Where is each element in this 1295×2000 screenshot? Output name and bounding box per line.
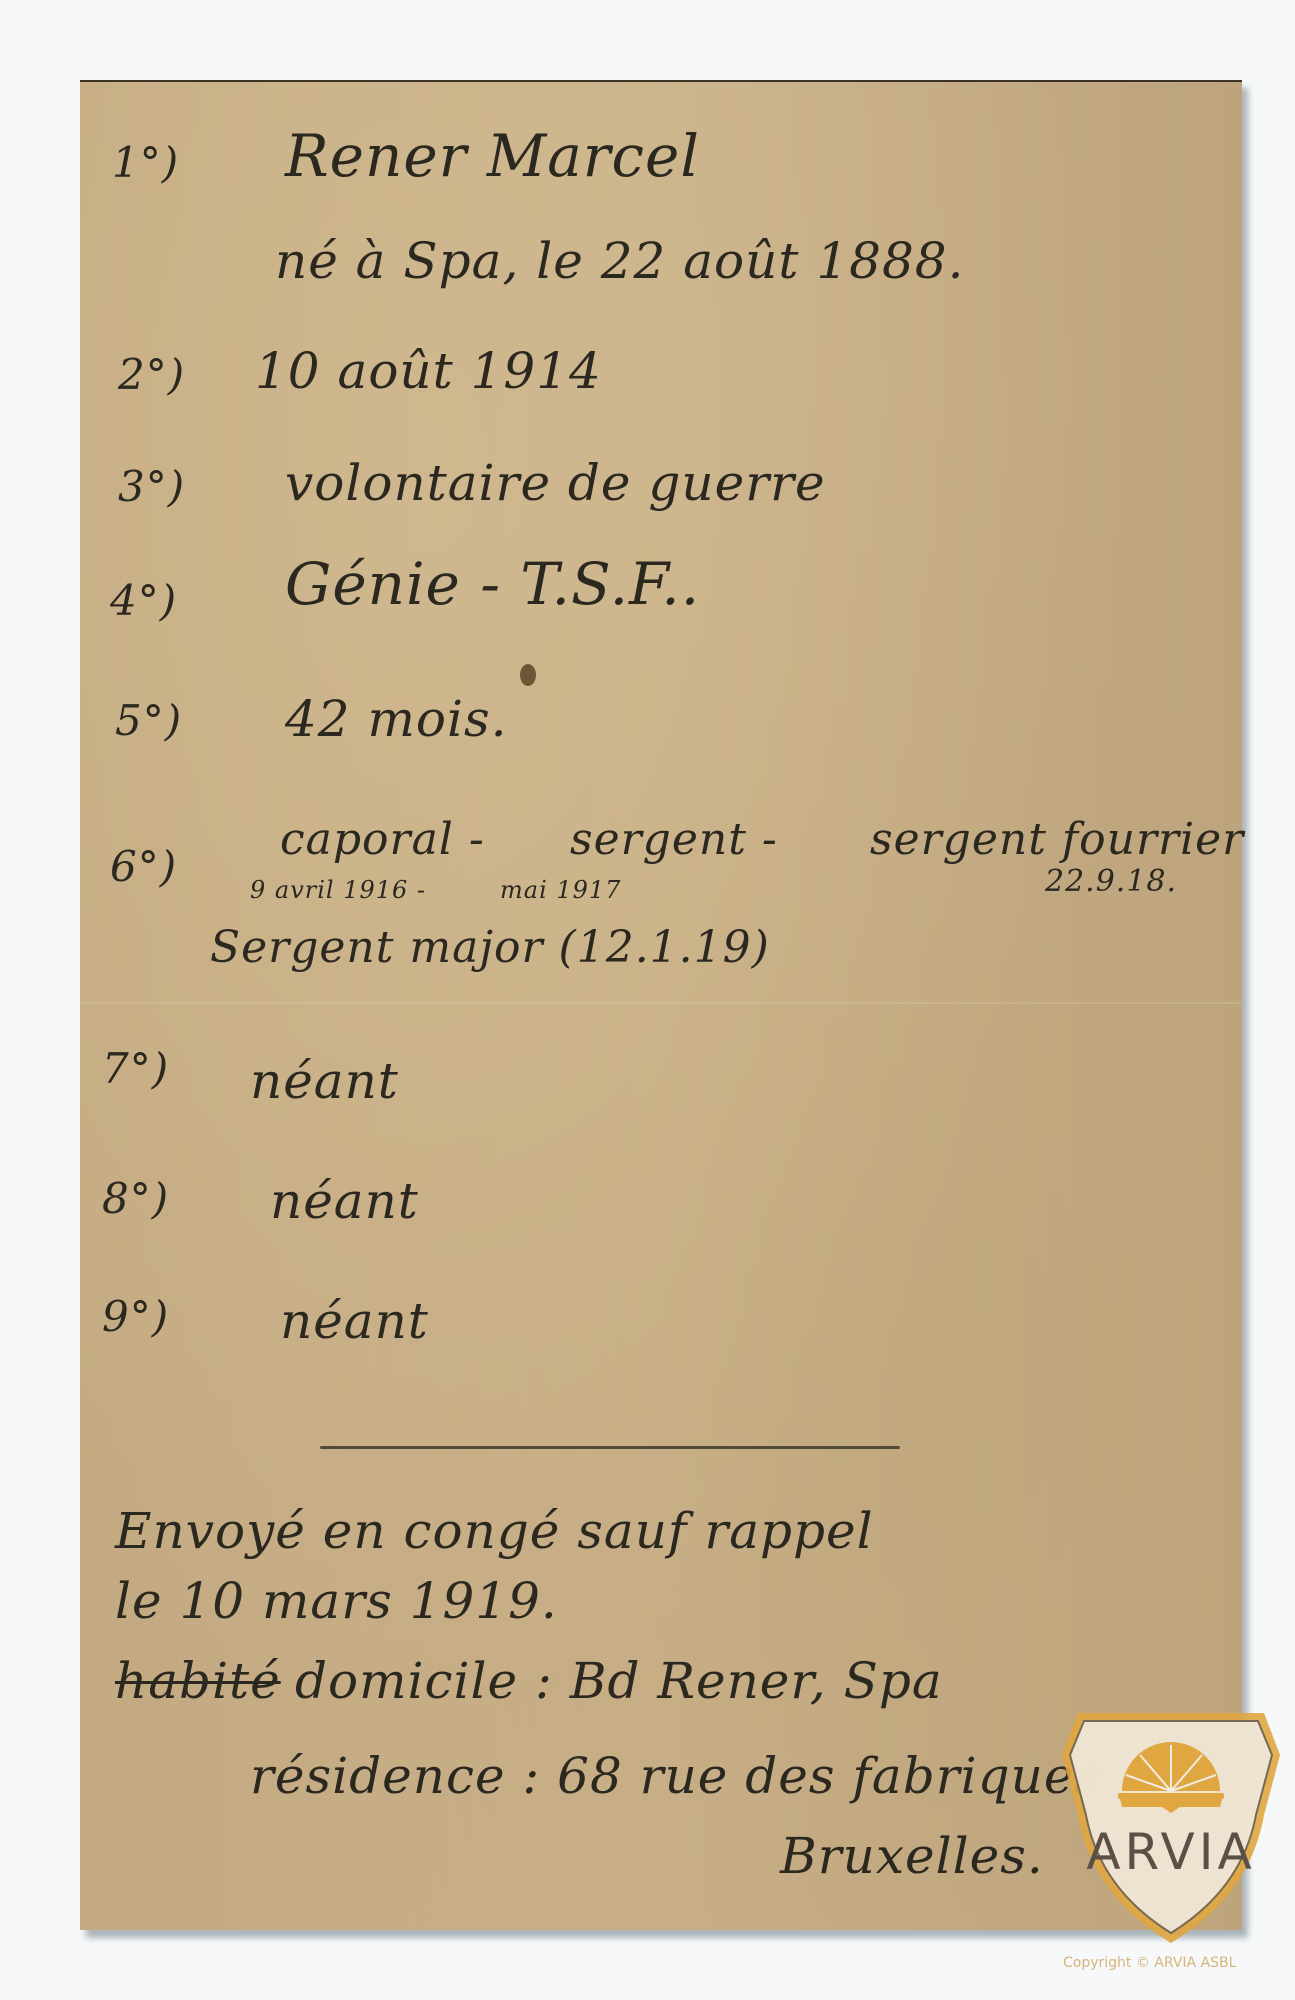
copyright-notice: Copyright © ARVIA ASBL <box>1063 1955 1236 1971</box>
item-number-2: 2°) <box>118 350 185 399</box>
leave-date: le 10 mars 1919. <box>115 1572 558 1630</box>
item-number-9: 9°) <box>102 1292 169 1341</box>
shield-icon <box>1060 1695 1282 1945</box>
item-number-8: 8°) <box>102 1174 169 1223</box>
residence-city: Bruxelles. <box>780 1827 1044 1885</box>
leave-note: Envoyé en congé sauf rappel <box>115 1502 874 1560</box>
item-number-6: 6°) <box>110 842 177 891</box>
domicile: domicile : Bd Rener, Spa <box>295 1652 943 1710</box>
rank-caporal: caporal - <box>280 814 485 865</box>
item-7-value: néant <box>250 1052 399 1110</box>
item-number-3: 3°) <box>118 462 185 511</box>
rank-sergent-fourrier: sergent fourrier <box>870 814 1244 865</box>
rank-sergent: sergent - <box>570 814 778 865</box>
rank-date-sergent: mai 1917 <box>500 876 621 904</box>
item-9-value: néant <box>280 1292 429 1350</box>
arvia-watermark: ARVIA <box>1060 1695 1282 1945</box>
rank-date-caporal: 9 avril 1916 - <box>250 876 426 904</box>
logo-text: ARVIA <box>1060 1823 1282 1881</box>
rank-date-sergent-fourrier: 22.9.18. <box>1045 864 1177 899</box>
person-name: Rener Marcel <box>285 122 700 190</box>
ink-stain <box>520 664 536 686</box>
service-duration: 42 mois. <box>285 690 508 748</box>
enlistment-type: volontaire de guerre <box>285 454 826 512</box>
item-number-7: 7°) <box>102 1044 169 1093</box>
unit: Génie - T.S.F.. <box>285 550 700 618</box>
struck-word: habité <box>115 1652 281 1710</box>
item-number-5: 5°) <box>115 696 182 745</box>
item-8-value: néant <box>270 1172 419 1230</box>
item-number-1: 1°) <box>112 138 179 187</box>
paper-fold <box>80 1002 1242 1004</box>
birth-details: né à Spa, le 22 août 1888. <box>275 232 964 290</box>
item-number-4: 4°) <box>110 576 177 625</box>
rank-sergent-major: Sergent major (12.1.19) <box>210 922 770 973</box>
divider-line <box>320 1446 900 1449</box>
residence: résidence : 68 rue des fabriques <box>250 1747 1101 1805</box>
document-page: 1°) Rener Marcel né à Spa, le 22 août 18… <box>80 80 1242 1930</box>
enlistment-date: 10 août 1914 <box>255 342 602 400</box>
